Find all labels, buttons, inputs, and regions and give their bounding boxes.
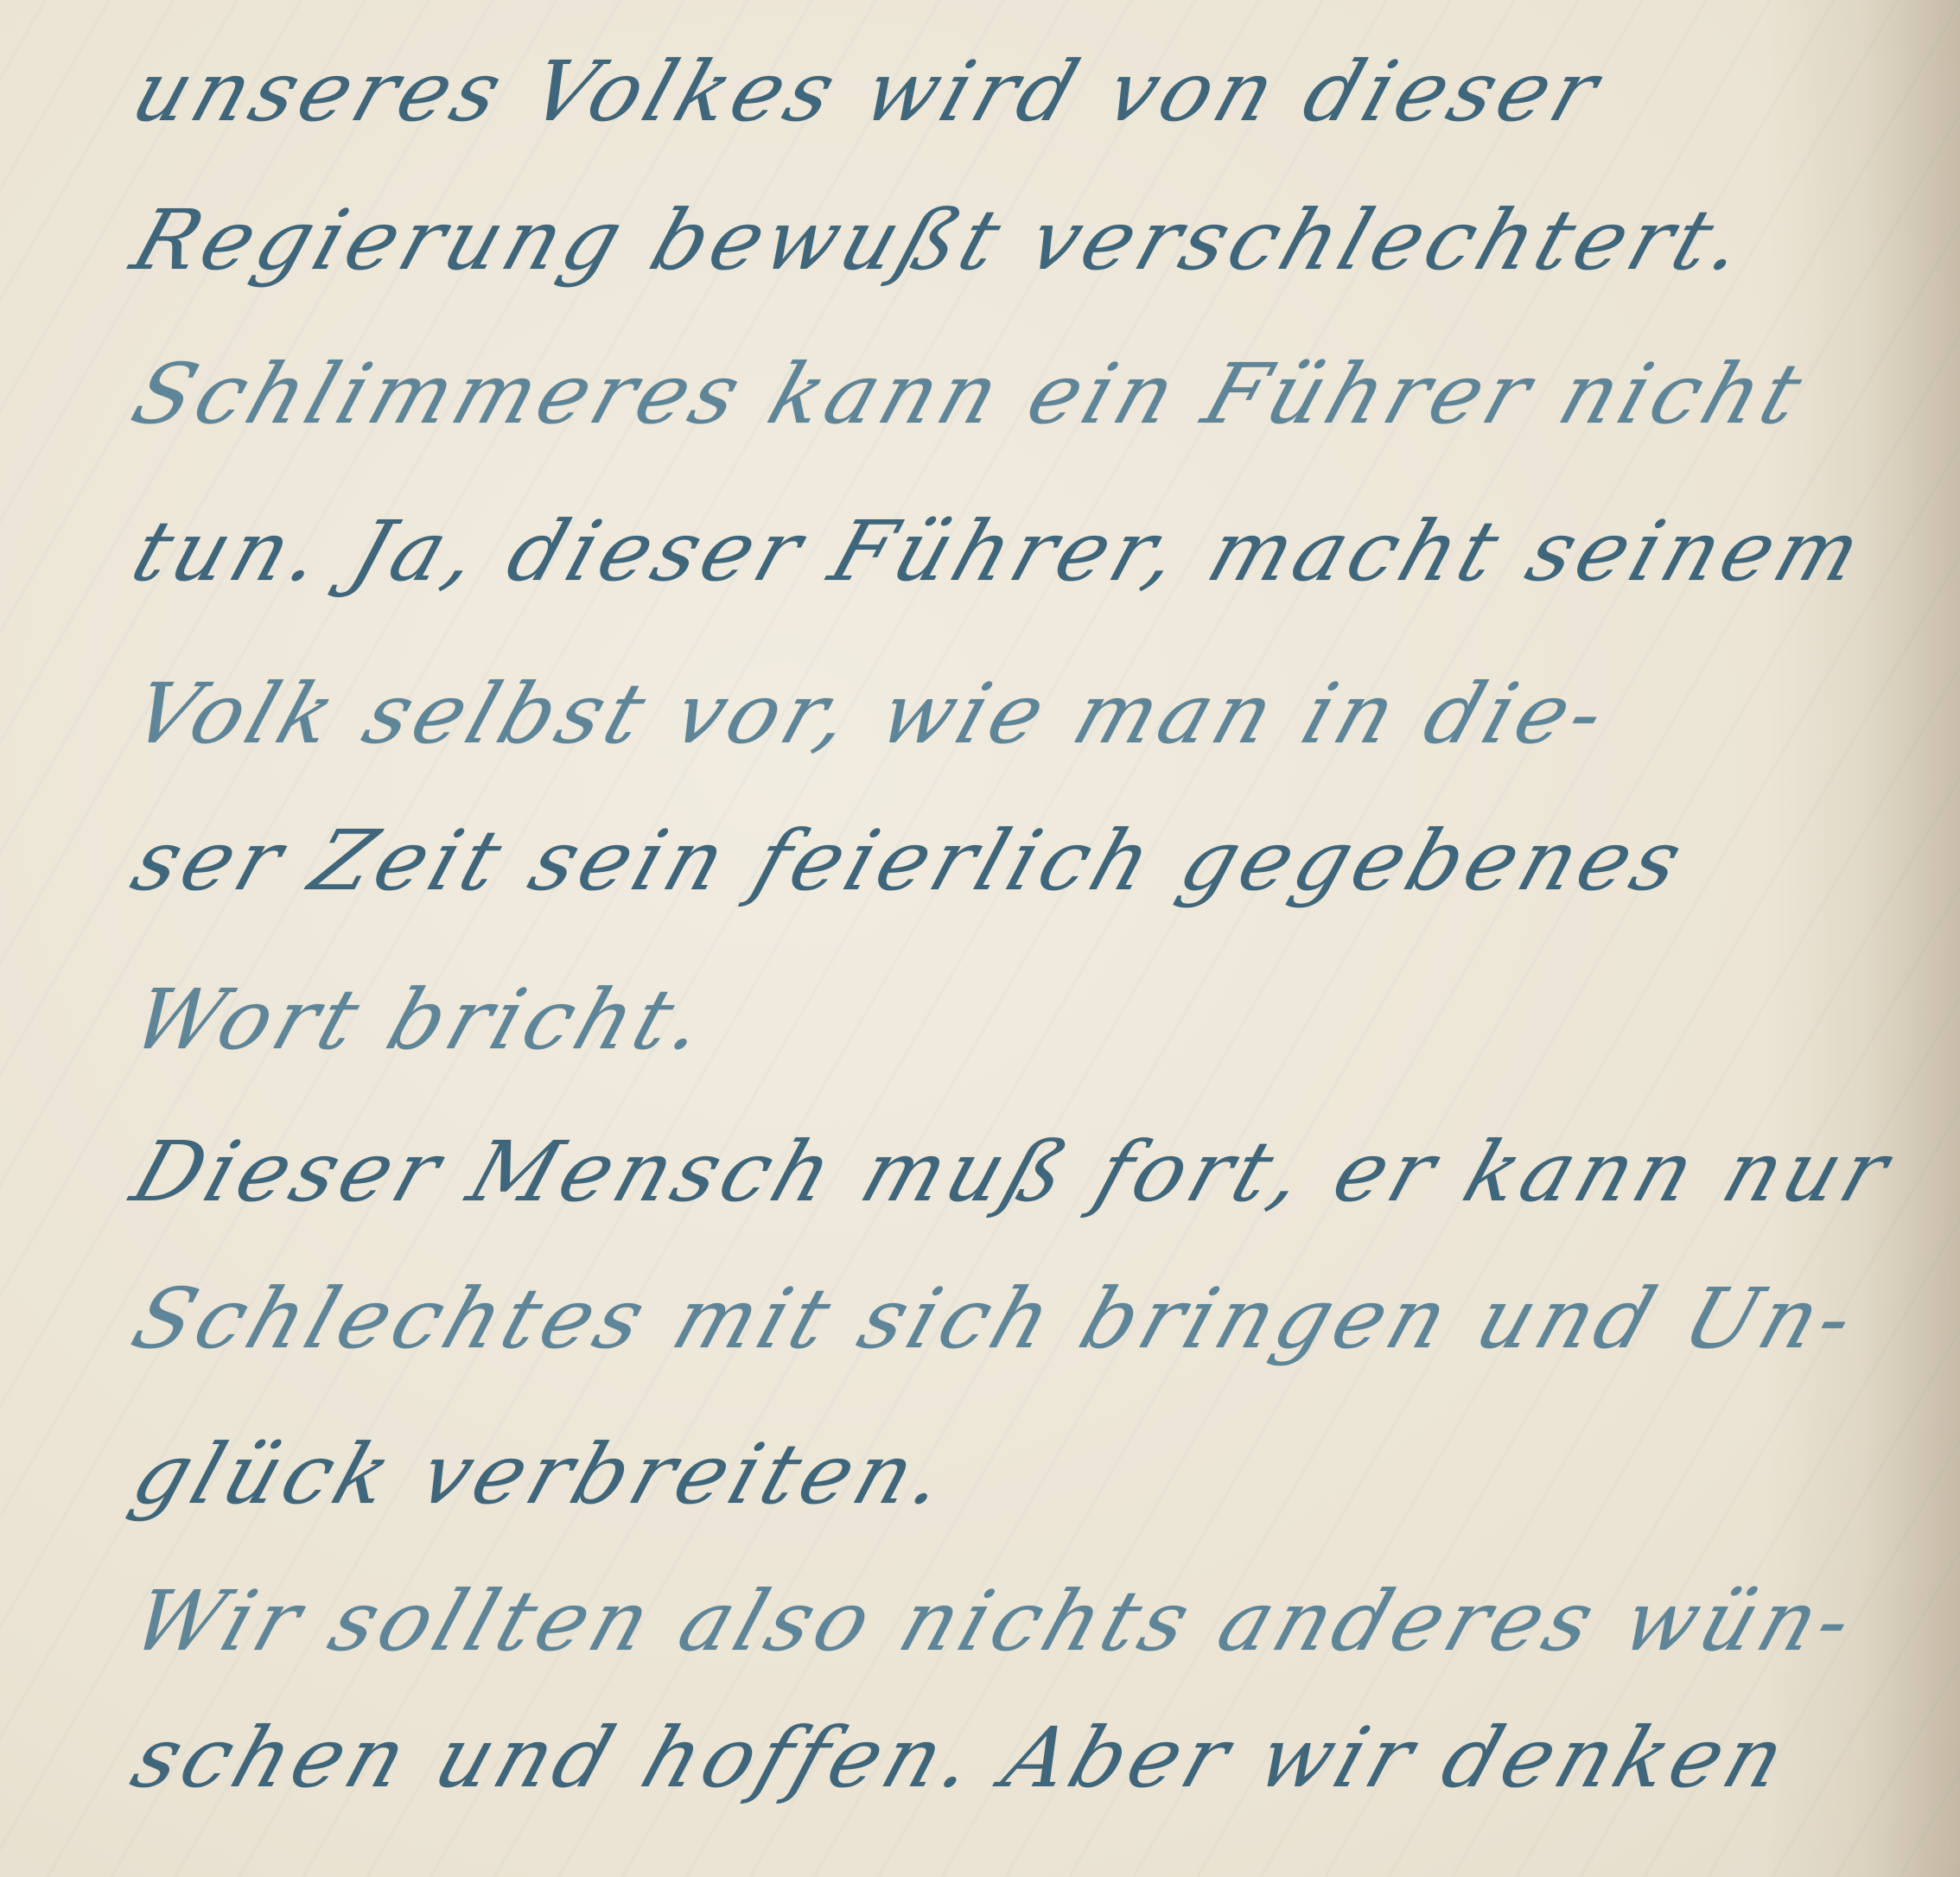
text-line-4: tun. Ja, dieser Führer, macht seinem [121, 503, 1878, 600]
text-line-10: glück verbreiten. [121, 1426, 963, 1523]
text-line-11: Wir sollten also nichts anderes wün- [121, 1573, 1869, 1670]
text-line-7: Wort bricht. [121, 971, 722, 1068]
text-line-12: schen und hoffen. Aber wir denken [121, 1709, 1802, 1806]
text-line-8: Dieser Mensch muß fort, er kann nur [121, 1123, 1905, 1220]
text-line-cut-off [121, 1830, 137, 1877]
text-line-3: Schlimmeres kann ein Führer nicht [121, 346, 1818, 442]
text-line-1: unseres Volkes wird von dieser [121, 43, 1614, 140]
text-line-2: Regierung bewußt verschlechtert. [121, 192, 1762, 289]
text-line-5: Volk selbst vor, wie man in die- [121, 665, 1621, 762]
text-line-6: ser Zeit sein feierlich gegebenes [121, 812, 1698, 909]
handwritten-page: unseres Volkes wird von dieser Regierung… [0, 0, 1960, 1877]
text-line-9: Schlechtes mit sich bringen und Un- [121, 1270, 1870, 1367]
